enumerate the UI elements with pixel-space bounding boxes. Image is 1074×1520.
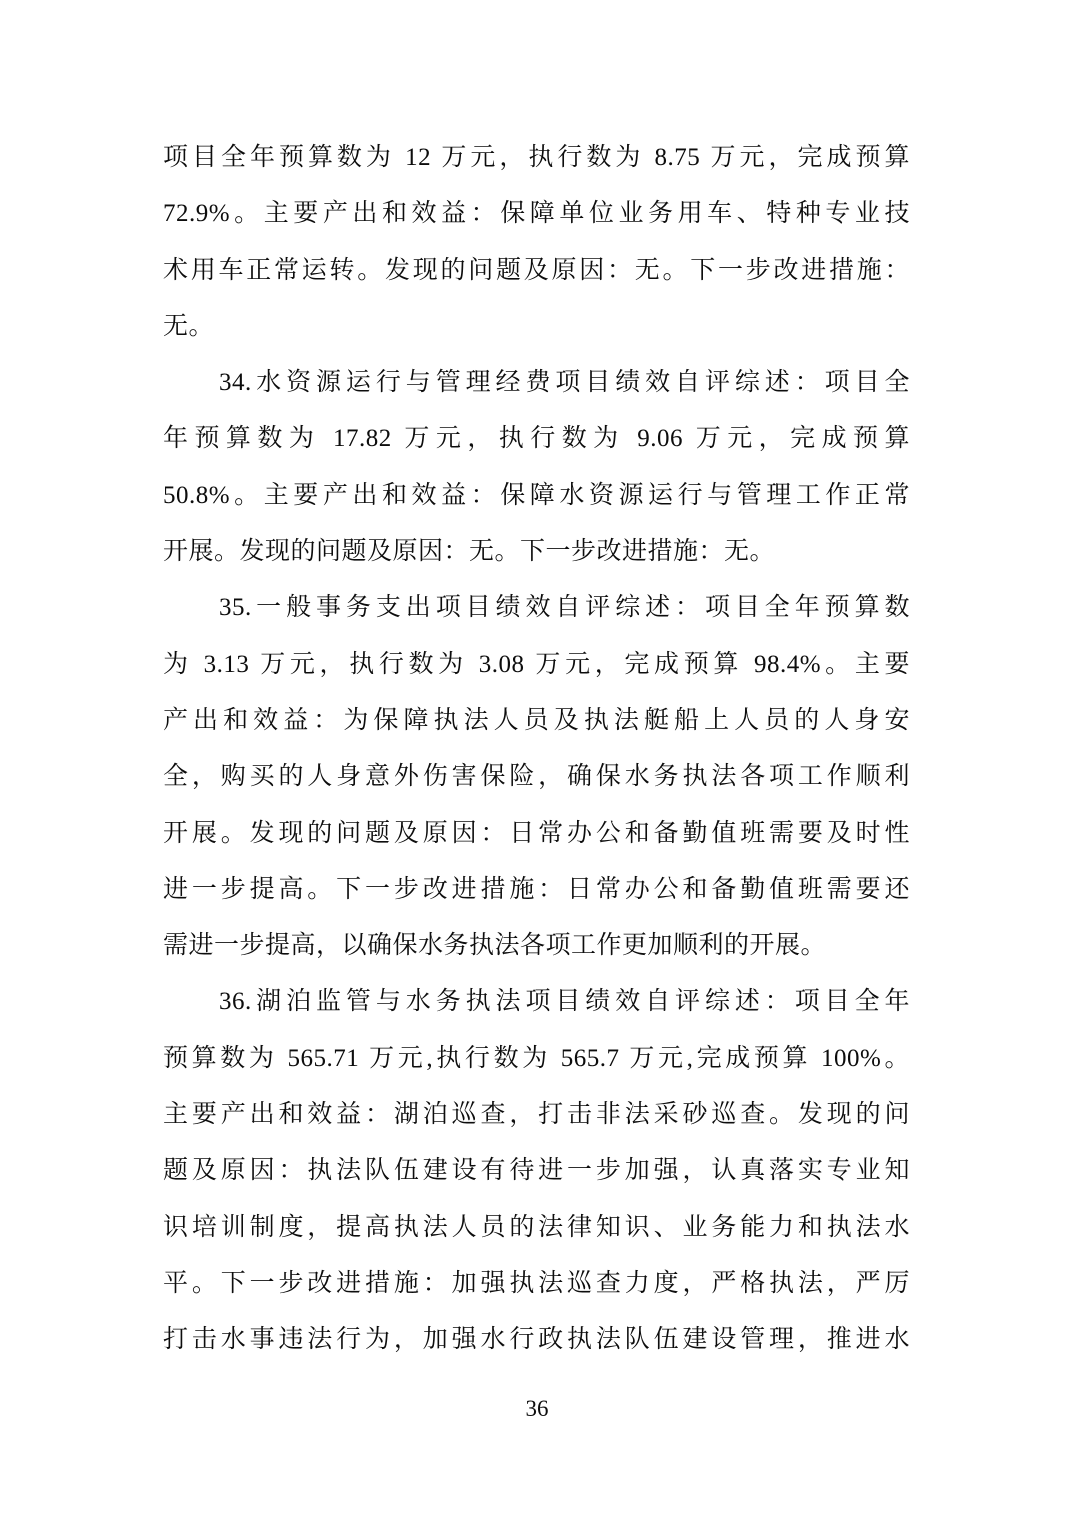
page-number: 36	[0, 1392, 1074, 1426]
text-line: 主要产出和效益：湖泊巡查，打击非法采砂巡查。发现的问	[163, 1087, 910, 1143]
text-line: 72.9%。主要产出和效益：保障单位业务用车、特种专业技	[163, 186, 910, 242]
text-line: 打击水事违法行为，加强水行政执法队伍建设管理，推进水	[163, 1312, 910, 1368]
text-line: 进一步提高。下一步改进措施：日常办公和备勤值班需要还	[163, 862, 910, 918]
text-line: 开展。发现的问题及原因：日常办公和备勤值班需要及时性	[163, 806, 910, 862]
text-line: 题及原因：执法队伍建设有待进一步加强，认真落实专业知	[163, 1143, 910, 1199]
text-line: 需进一步提高，以确保水务执法各项工作更加顺利的开展。	[163, 918, 910, 974]
text-line: 项目全年预算数为 12 万元，执行数为 8.75 万元，完成预算	[163, 130, 910, 186]
text-line: 开展。发现的问题及原因：无。下一步改进措施：无。	[163, 524, 910, 580]
text-line: 年预算数为 17.82 万元，执行数为 9.06 万元，完成预算	[163, 411, 910, 467]
text-line: 为 3.13 万元，执行数为 3.08 万元，完成预算 98.4%。主要	[163, 637, 910, 693]
text-line-section-36: 36.湖泊监管与水务执法项目绩效自评综述：项目全年	[163, 974, 910, 1030]
text-line: 平。下一步改进措施：加强执法巡查力度，严格执法，严厉	[163, 1256, 910, 1312]
text-line-section-34: 34.水资源运行与管理经费项目绩效自评综述：项目全	[163, 355, 910, 411]
text-line: 产出和效益：为保障执法人员及执法艇船上人员的人身安	[163, 693, 910, 749]
text-line-section-35: 35.一般事务支出项目绩效自评综述：项目全年预算数	[163, 580, 910, 636]
text-line: 无。	[163, 299, 910, 355]
text-line: 识培训制度，提高执法人员的法律知识、业务能力和执法水	[163, 1200, 910, 1256]
text-line: 全，购买的人身意外伤害保险，确保水务执法各项工作顺利	[163, 749, 910, 805]
text-line: 预算数为 565.71 万元,执行数为 565.7 万元,完成预算 100%。	[163, 1031, 910, 1087]
text-line: 50.8%。主要产出和效益：保障水资源运行与管理工作正常	[163, 468, 910, 524]
text-body: 项目全年预算数为 12 万元，执行数为 8.75 万元，完成预算 72.9%。主…	[163, 130, 910, 1369]
text-line: 术用车正常运转。发现的问题及原因：无。下一步改进措施：	[163, 243, 910, 299]
document-page: 项目全年预算数为 12 万元，执行数为 8.75 万元，完成预算 72.9%。主…	[0, 0, 1074, 1520]
